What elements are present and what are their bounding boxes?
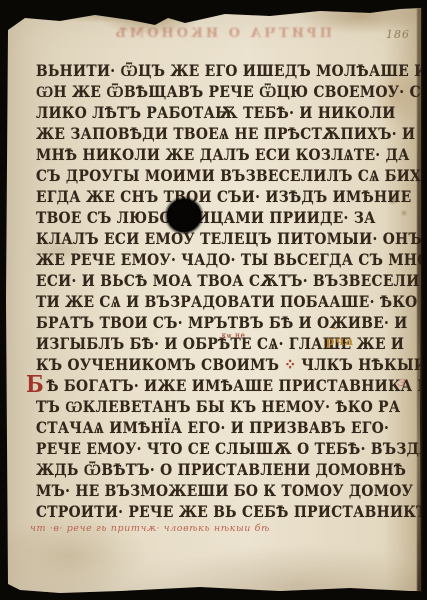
text-line: ЖЕ ЗАПОВѢДИ ТВОЕѦ НЕ ПРѢСТѪПИХЪ· И — [36, 123, 354, 144]
line-text: ЖДЬ ѾВѢТЪ· О ПРИСТАВЛЕНИ ДОМОВНѢ — [36, 460, 406, 479]
line-text: ЖЕ РЕЧЕ ЕМОУ· ЧАДО· ТЫ ВЬСЕГДА СЪ МНОѬ — [36, 250, 427, 269]
text-line: ЖЕ РЕЧЕ ЕМОУ· ЧАДО· ТЫ ВЬСЕГДА СЪ МНОѬ — [36, 249, 354, 270]
text-line: ѠН ЖЕ ѾВѢЩАВЪ РЕЧЕ ѾЦЮ СВОЕМОУ· СЕ КО — [36, 81, 354, 102]
punched-hole — [167, 199, 201, 232]
line-text: СТРОИТИ· РЕЧЕ ЖЕ ВЬ СЕБѢ ПРИСТАВНИКЪ — [36, 502, 427, 521]
line-text: ЖЕ ЗАПОВѢДИ ТВОЕѦ НЕ ПРѢСТѪПИХЪ· И — [36, 124, 415, 143]
text-line: СЪ ДРОУГЫ МОИМИ ВЪЗВЕСЕЛИЛЪ СѦ БИХЪ· — [36, 165, 354, 186]
text-line: СТАЧАѦ ИМѢНЇА ЕГО· И ПРИЗВАВЪ ЕГО· — [36, 417, 354, 438]
titlo-mark: ˜ — [332, 326, 339, 339]
text-line: ТИ ЖЕ СѦ И ВЪЗРАДОВАТИ ПОБААШЕ· ѢКО — [36, 291, 354, 312]
liturgical-note: кѡ не — [222, 325, 246, 346]
text-line: КЪ ОУЧЕНИКОМЪ СВОИМЪ ⁘ ЧЛКЪ НѢКЫИ· — [36, 354, 354, 375]
initial-letter: Б — [26, 371, 44, 398]
page-fore-edge — [417, 8, 422, 592]
text-line: ЛИКО ЛѢТЪ РАБОТАѬ ТЕБѢ· И НИКОЛИ — [36, 102, 354, 123]
text-line: БРАТЪ ТВОИ СЪ· МРЪТВЪ БѢ И ОЖИВЕ· И — [36, 312, 354, 333]
margin-note-ocher: ˜рча — [326, 334, 354, 348]
line-text: ЕГДА ЖЕ СНЪ ТВОИ СЪИ· ИЗѢДЪ ИМѢНИЕ — [36, 187, 412, 206]
text-line: МЪ· НЕ ВЪЗМОЖЕШИ БО К ТОМОУ ДОМОУ — [36, 480, 354, 501]
line-text: ЧЛКЪ НѢКЫИ· — [296, 355, 427, 374]
line-text: СТАЧАѦ ИМѢНЇА ЕГО· И ПРИЗВАВЪ ЕГО· — [36, 418, 389, 437]
line-text: КЛАЛЪ ЕСИ ЕМОУ ТЕЛЕЦЪ ПИТОМЫИ· ОНЪ — [36, 229, 422, 248]
text-line: СТРОИТИ· РЕЧЕ ЖЕ ВЬ СЕБѢ ПРИСТАВНИКЪ — [36, 501, 354, 522]
photo-backdrop: ПРИТЧА О ИКОНОМѢ 186 ВЬНИТИ· ѾЦЪ ЖЕ ЕГО … — [0, 0, 427, 600]
margin-note-ocher-text: рча — [326, 334, 354, 348]
line-text: ТВОЕ СЪ ЛЮБОДѢИЦАМИ ПРИИДЕ· ЗА — [36, 208, 376, 227]
text-block: ВЬНИТИ· ѾЦЪ ЖЕ ЕГО ИШЕДЪ МОЛѢАШЕ И·ѠН ЖЕ… — [36, 60, 406, 522]
line-text: ИЗГЫБЛЪ БѢ· И ОБРѢТЕ СѦ· — [36, 334, 289, 353]
text-line: ЖДЬ ѾВѢТЪ· О ПРИСТАВЛЕНИ ДОМОВНѢ — [36, 459, 354, 480]
text-line: ИЗГЫБЛЪ БѢ· И ОБРѢТЕ СѦ· ГЛАШЕ ЖЕ Икѡ не — [36, 333, 354, 354]
line-text: КЪ ОУЧЕНИКОМЪ СВОИМЪ — [36, 355, 284, 374]
line-text: Ѣ БОГАТЪ· ИЖЕ ИМѢАШЕ ПРИСТАВНИКА И — [46, 376, 427, 395]
line-text: ЕСИ· И ВЬСѢ МОА ТВОА СѪТЪ· ВЪЗВЕСЕЛИ — [36, 271, 420, 290]
text-line: ВЬНИТИ· ѾЦЪ ЖЕ ЕГО ИШЕДЪ МОЛѢАШЕ И· — [36, 60, 354, 81]
line-text: СЪ ДРОУГЫ МОИМИ ВЪЗВЕСЕЛИЛЪ СѦ БИХЪ· — [36, 166, 427, 185]
rubric-separator: ⁘ — [284, 355, 296, 374]
manuscript-page: ПРИТЧА О ИКОНОМѢ 186 ВЬНИТИ· ѾЦЪ ЖЕ ЕГО … — [0, 0, 427, 600]
line-text: РЕЧЕ ЕМОУ· ЧТО СЕ СЛЫШѪ О ТЕБѢ· ВЪЗДА — [36, 439, 427, 458]
line-text: ТЪ ѠКЛЕВЕТАНЪ БЫ КЪ НЕМОУ· ѢКО РА — [36, 397, 400, 416]
text-line: МНѢ НИКОЛИ ЖЕ ДАЛЪ ЕСИ КОЗЛѦТЕ· ДА — [36, 144, 354, 165]
line-text: МНѢ НИКОЛИ ЖЕ ДАЛЪ ЕСИ КОЗЛѦТЕ· ДА — [36, 145, 410, 164]
bottom-rubric: чт ·в· рече гь притчѫ· чловѣкь нѣкыи бѣ — [30, 523, 270, 534]
folio-number: 186 — [386, 28, 410, 41]
text-line: РЕЧЕ ЕМОУ· ЧТО СЕ СЛЫШѪ О ТЕБѢ· ВЪЗДА — [36, 438, 354, 459]
line-text: МЪ· НЕ ВЪЗМОЖЕШИ БО К ТОМОУ ДОМОУ — [36, 481, 413, 500]
line-text: ЛИКО ЛѢТЪ РАБОТАѬ ТЕБѢ· И НИКОЛИ — [36, 103, 396, 122]
line-text: ѠН ЖЕ ѾВѢЩАВЪ РЕЧЕ ѾЦЮ СВОЕМОУ· СЕ КО — [36, 82, 427, 101]
text-line: ЕСИ· И ВЬСѢ МОА ТВОА СѪТЪ· ВЪЗВЕСЕЛИ — [36, 270, 354, 291]
text-line: ТЪ ѠКЛЕВЕТАНЪ БЫ КЪ НЕМОУ· ѢКО РА — [36, 396, 354, 417]
line-text: ВЬНИТИ· ѾЦЪ ЖЕ ЕГО ИШЕДЪ МОЛѢАШЕ И· — [36, 61, 427, 80]
line-text: ТИ ЖЕ СѦ И ВЪЗРАДОВАТИ ПОБААШЕ· ѢКО — [36, 292, 418, 311]
text-line: КЛАЛЪ ЕСИ ЕМОУ ТЕЛЕЦЪ ПИТОМЫИ· ОНЪ — [36, 228, 354, 249]
show-through-title: ПРИТЧА О ИКОНОМѢ — [92, 26, 332, 41]
text-line: Ѣ БОГАТЪ· ИЖЕ ИМѢАШЕ ПРИСТАВНИКА И — [36, 375, 354, 396]
